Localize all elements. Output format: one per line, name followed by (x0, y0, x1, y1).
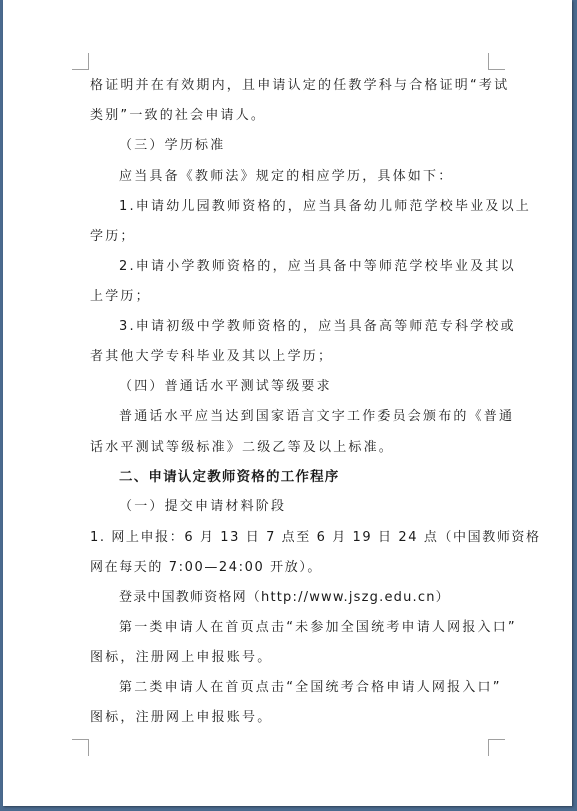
paragraph-line: 第二类申请人在首页点击“全国统考合格申请人网报入口” (119, 680, 519, 696)
section-heading: （四）普通话水平测试等级要求 (119, 379, 519, 395)
paragraph-line: 话水平测试等级标准》二级乙等及以上标准。 (90, 440, 490, 456)
paragraph-line: 图标，注册网上申报账号。 (90, 650, 490, 666)
section-heading: （三）学历标准 (119, 138, 519, 154)
paragraph-line: 者其他大学专科毕业及其以上学历； (90, 349, 490, 365)
margin-corner-bottom-left (72, 739, 89, 756)
section-heading: （一）提交申请材料阶段 (119, 499, 519, 515)
document-page: 格证明并在有效期内，且申请认定的任教学科与合格证明“考试 类别”一致的社会申请人… (3, 0, 572, 806)
paragraph-line: 第一类申请人在首页点击“未参加全国统考申请人网报入口” (119, 620, 519, 636)
list-item: 1.申请幼儿园教师资格的，应当具备幼儿师范学校毕业及以上 (119, 199, 519, 215)
paragraph-line: 网在每天的 7:00—24:00 开放）。 (90, 560, 490, 576)
paragraph-line: 格证明并在有效期内，且申请认定的任教学科与合格证明“考试 (90, 78, 490, 94)
list-item: 2.申请小学教师资格的，应当具备中等师范学校毕业及其以 (119, 259, 519, 275)
paragraph-line: 类别”一致的社会申请人。 (90, 108, 490, 124)
paragraph-line: 应当具备《教师法》规定的相应学历，具体如下： (119, 169, 519, 185)
margin-corner-top-right (488, 53, 505, 70)
list-item: 1. 网上申报：6 月 13 日 7 点至 6 月 19 日 24 点（中国教师… (90, 530, 490, 546)
paragraph-line: 普通话水平应当达到国家语言文字工作委员会颁布的《普通 (119, 409, 519, 425)
margin-corner-top-left (72, 53, 89, 70)
list-item: 3.申请初级中学教师资格的，应当具备高等师范专科学校或 (119, 319, 519, 335)
chapter-heading: 二、申请认定教师资格的工作程序 (119, 469, 519, 485)
margin-corner-bottom-right (488, 739, 505, 756)
paragraph-line: 学历； (90, 229, 490, 245)
paragraph-line: 上学历； (90, 289, 490, 305)
website-link-line: 登录中国教师资格网（http://www.jszg.edu.cn） (119, 590, 519, 606)
paragraph-line: 图标，注册网上申报账号。 (90, 710, 490, 726)
